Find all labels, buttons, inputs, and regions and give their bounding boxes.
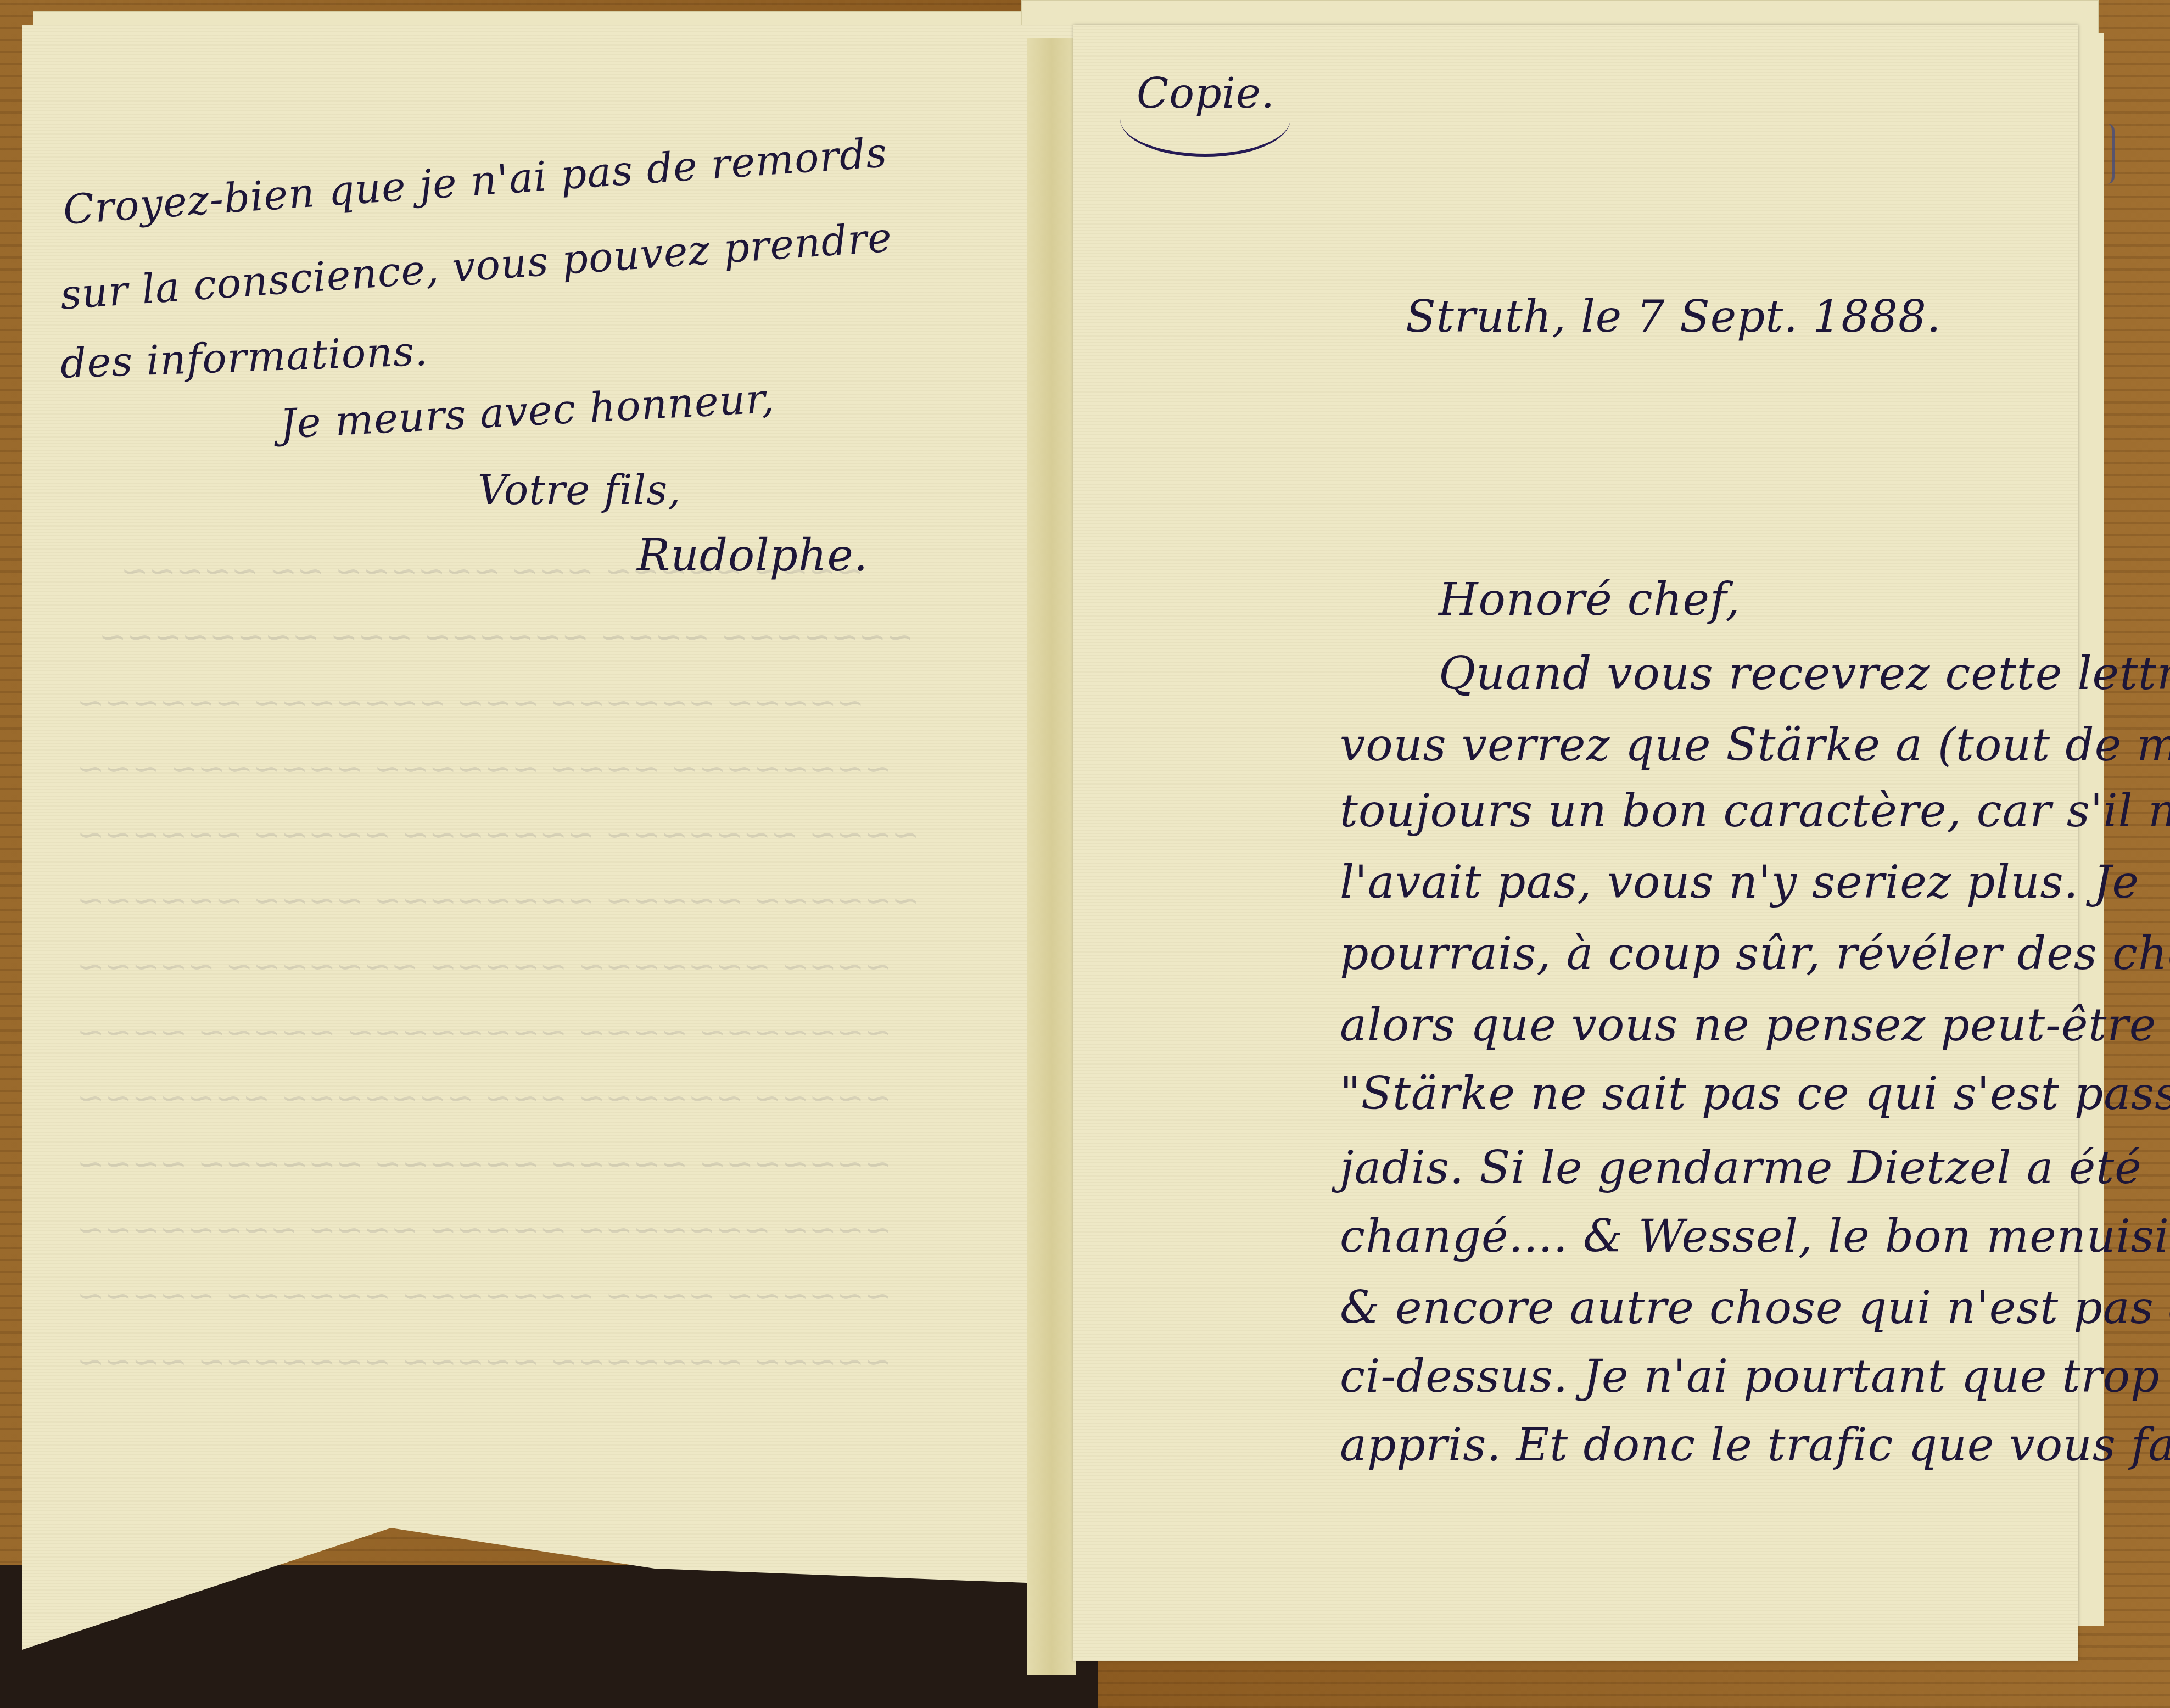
bleed-through-text: ~~~~~~ ~~~~~ ~~~~~~~~ ~~~~ ~~~~~~ (77, 881, 919, 920)
bleed-through-text: ~~~~~ ~~~~~~ ~~~ ~~~~~~~ ~~~~~~ (77, 684, 864, 722)
right-body-line: Quand vous recevrez cette lettre, (1439, 648, 2170, 700)
signature-rudolphe: Rudolphe. (637, 530, 868, 581)
right-body-line: & encore autre chose qui n'est pas dit (1340, 1282, 2170, 1334)
right-body-line: jadis. Si le gendarme Dietzel a été (1340, 1142, 2142, 1194)
right-body-line: "Stärke ne sait pas ce qui s'est passé (1340, 1068, 2170, 1120)
left-valediction: Votre fils, (478, 467, 681, 514)
bleed-through-text: ~~~~~~~ ~~~~ ~~~~~~~~ ~~~~~ ~~~~ (77, 1013, 892, 1051)
bleed-through-text: ~~~~ ~~~~~~~ ~~~~~~~ ~~~~~ ~~~~~~ (77, 815, 919, 854)
right-body-line: appris. Et donc le trafic que vous faisi… (1340, 1419, 2170, 1471)
salutation: Honoré chef, (1439, 574, 1741, 626)
dateline: Struth, le 7 Sept. 1888. (1406, 291, 1941, 342)
bleed-through-text: ~~~~~ ~~~~~~~ ~~~~~ ~~~~~~~ ~~~~ (77, 1342, 892, 1381)
bleed-through-text: ~~~~ ~~~~~~~ ~~~~~ ~~~~ ~~~~~~~~ (77, 1211, 892, 1249)
right-body-line: ci-dessus. Je n'ai pourtant que trop (1340, 1351, 2160, 1403)
bleed-through-text: ~~~~~~~~ ~~~~ ~~~~~~ ~~~~~~~ ~~~ (77, 749, 892, 788)
margin-pen-mark (2107, 124, 2115, 184)
right-body-line: pourrais, à coup sûr, révéler des choses (1340, 928, 2170, 980)
bleed-through-text: ~~~~ ~~~~~~~ ~~~~~ ~~~~~~~ ~~~~~ (77, 947, 892, 985)
right-manuscript-page (1073, 25, 2078, 1661)
bleed-through-text: ~~~~~ ~~~~~~ ~~~ ~~~~~~~ ~~~~~~~ (77, 1079, 892, 1117)
right-body-line: toujours un bon caractère, car s'il ne (1340, 785, 2170, 837)
bleed-through-text: ~~~~~~~ ~~~~~ ~~~~~~ ~~~~~~ ~~~~ (77, 1145, 892, 1183)
right-body-line: alors que vous ne pensez peut-être pas: (1340, 999, 2170, 1051)
binding-gutter (1027, 38, 1076, 1675)
right-body-line: l'avait pas, vous n'y seriez plus. Je (1340, 856, 2139, 909)
bleed-through-text: ~~~~~~~ ~~~~ ~~~~~~ ~~~ ~~~~~~~~ (99, 618, 914, 656)
right-body-line: changé.... & Wessel, le bon menuisier...… (1340, 1211, 2170, 1263)
right-body-line: vous verrez que Stärke a (tout de même) (1340, 719, 2170, 771)
bleed-through-text: ~~~~~~ ~~~~ ~~~~~~~ ~~~~~~ ~~~~~ (77, 1276, 892, 1315)
